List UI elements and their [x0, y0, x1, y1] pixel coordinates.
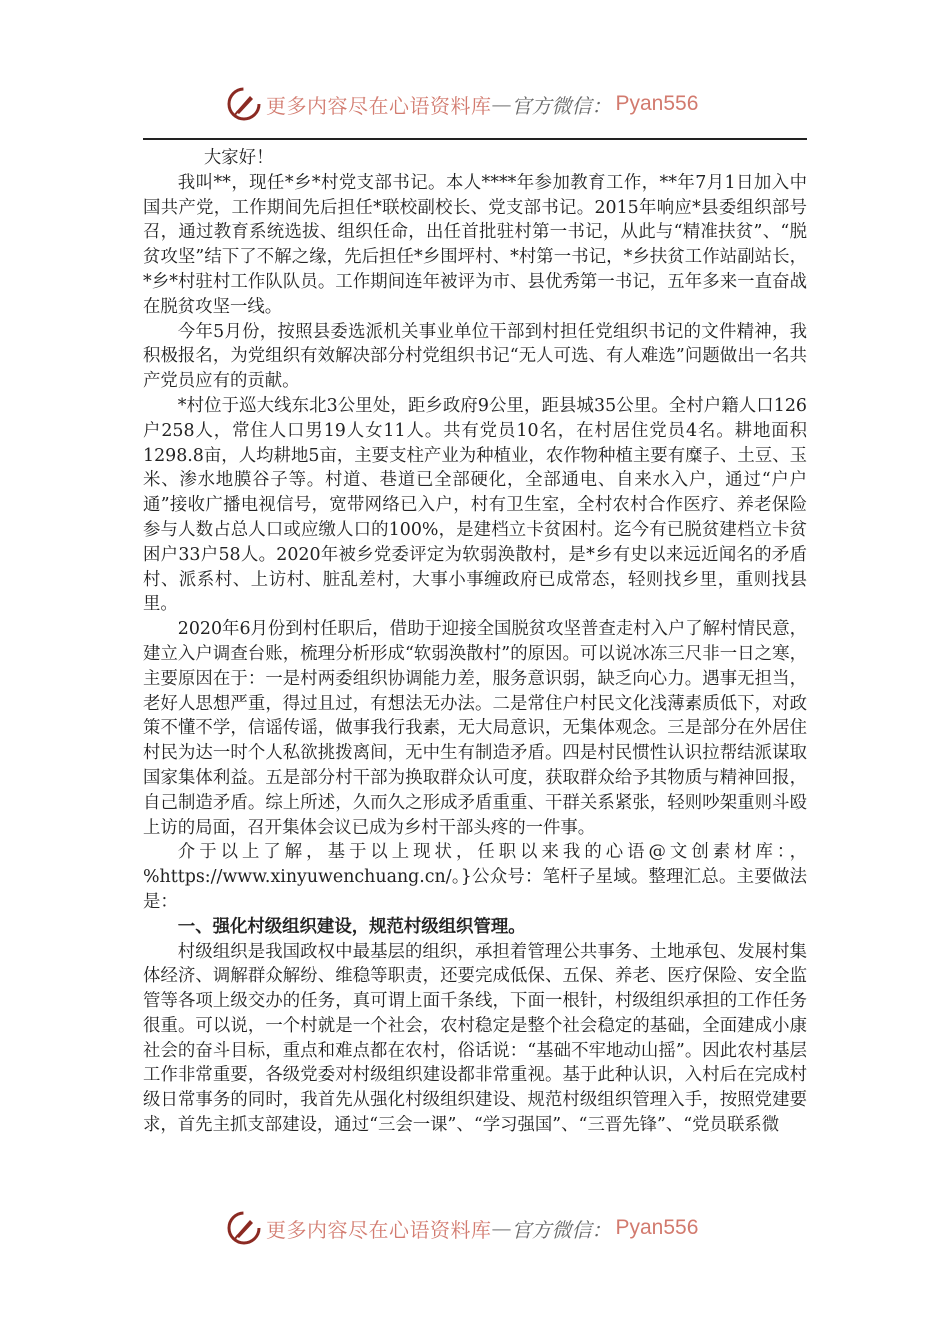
banner-slogan: 更多内容尽在心语资料库: [266, 90, 492, 119]
banner-wechat-id: Pyan556: [616, 92, 699, 116]
paragraph-analysis: 2020年6月份到村任职后，借助于迎接全国脱贫攻坚普查走村入户了解村情民意，建立…: [143, 617, 807, 840]
header-divider: [143, 138, 807, 140]
banner-wechat-label: 官方微信：: [512, 1214, 612, 1243]
footer-banner: 更多内容尽在心语资料库 — 官方微信： Pyan556: [226, 1206, 698, 1250]
paragraph-transition: 介于以上了解，基于以上现状，任职以来我的心语@文创素材库：，%https://w…: [143, 840, 807, 914]
banner-dash: —: [492, 92, 512, 116]
quill-logo-icon: [226, 1210, 262, 1246]
paragraph-village-profile: *村位于巡大线东北3公里处，距乡政府9公里，距县城35公里。全村户籍人口126户…: [143, 394, 807, 617]
banner-slogan: 更多内容尽在心语资料库: [266, 1214, 492, 1243]
document-body: 大家好！ 我叫**，现任*乡*村党支部书记。本人****年参加教育工作，**年7…: [143, 146, 807, 1138]
paragraph-section-1: 村级组织是我国政权中最基层的组织，承担着管理公共事务、土地承包、发展村集体经济、…: [143, 940, 807, 1138]
banner-wechat-label: 官方微信：: [512, 90, 612, 119]
quill-logo-icon: [226, 86, 262, 122]
greeting: 大家好！: [143, 146, 807, 171]
banner-dash: —: [492, 1216, 512, 1240]
section-heading-1: 一、强化村级组织建设，规范村级组织管理。: [143, 915, 807, 940]
banner-wechat-id: Pyan556: [616, 1216, 699, 1240]
paragraph-appointment: 今年5月份，按照县委选派机关事业单位干部到村担任党组织书记的文件精神，我积极报名…: [143, 320, 807, 394]
paragraph-intro: 我叫**，现任*乡*村党支部书记。本人****年参加教育工作，**年7月1日加入…: [143, 171, 807, 320]
header-banner: 更多内容尽在心语资料库 — 官方微信： Pyan556: [226, 82, 698, 126]
